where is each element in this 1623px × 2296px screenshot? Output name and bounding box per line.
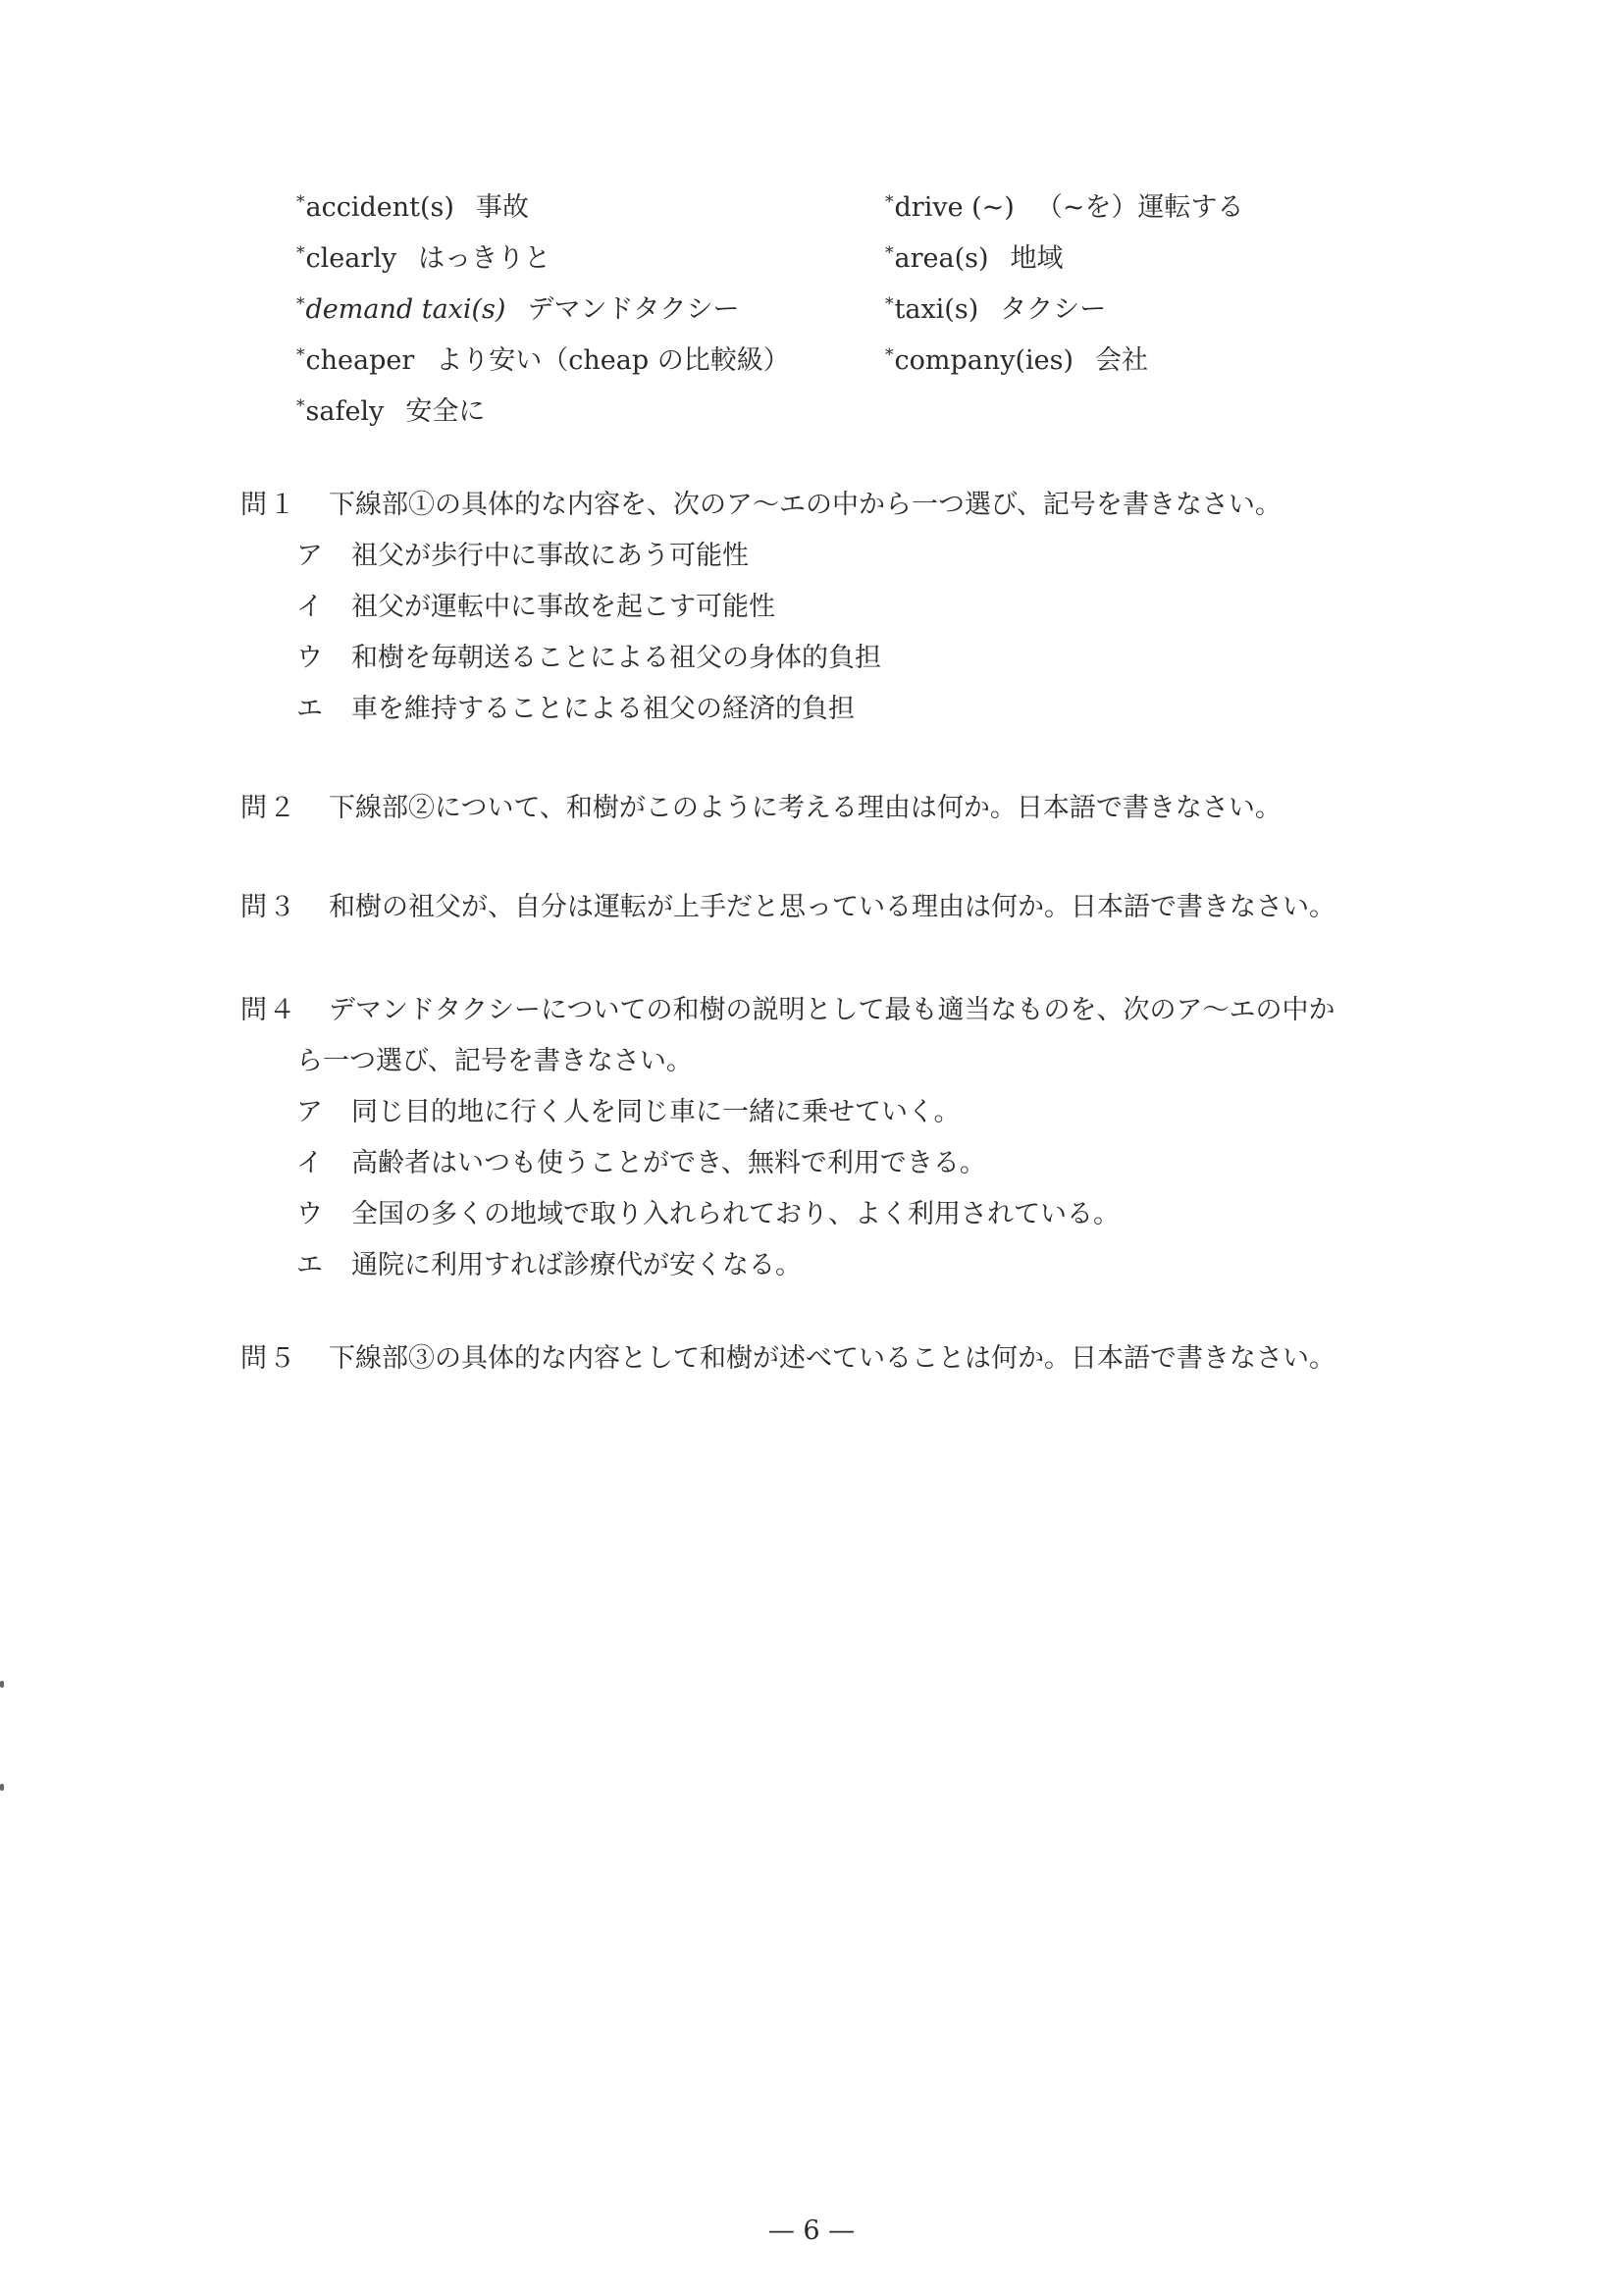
question-text-continuation: ら一つ選び、記号を書きなさい。 (240, 1036, 1467, 1087)
vocabulary-glossary: *accident(s)事故 *drive (~)（~を）運転する *clear… (296, 177, 1376, 432)
choice-label: エ (296, 1240, 351, 1291)
choice-label: ウ (296, 633, 351, 684)
asterisk-mark: * (296, 396, 305, 416)
choice-label: ウ (296, 1189, 351, 1240)
glossary-item: *company(ies)会社 (885, 330, 1376, 381)
asterisk-mark: * (296, 192, 305, 212)
question-number: 問４ (240, 985, 329, 1036)
choice-text: 祖父が歩行中に事故にあう可能性 (351, 531, 749, 582)
choice-text: 和樹を毎朝送ることによる祖父の身体的負担 (351, 633, 881, 684)
choice-text: 全国の多くの地域で取り入れられており、よく利用されている。 (351, 1189, 1120, 1240)
glossary-meaning: 地域 (1011, 243, 1064, 274)
glossary-meaning: 安全に (405, 396, 485, 427)
question-number: 問２ (240, 783, 329, 834)
binding-hole-mark (0, 1681, 4, 1688)
choice-u: ウ 全国の多くの地域で取り入れられており、よく利用されている。 (240, 1189, 1467, 1240)
glossary-term: accident(s) (306, 192, 454, 223)
glossary-meaning: 会社 (1095, 345, 1148, 376)
asterisk-mark: * (885, 345, 894, 365)
glossary-item: *drive (~)（~を）運転する (885, 177, 1376, 228)
asterisk-mark: * (885, 192, 894, 212)
glossary-term: drive (~) (895, 192, 1015, 223)
choice-u: ウ 和樹を毎朝送ることによる祖父の身体的負担 (240, 633, 1467, 684)
asterisk-mark: * (296, 345, 305, 365)
asterisk-mark: * (885, 243, 894, 263)
glossary-item: *accident(s)事故 (296, 177, 885, 228)
glossary-term: cheaper (306, 345, 415, 376)
question-text: デマンドタクシーについての和樹の説明として最も適当なものを、次のア～エの中か (329, 985, 1335, 1036)
question-number: 問１ (240, 480, 329, 531)
glossary-term: area(s) (895, 243, 989, 274)
glossary-item: *demand taxi(s)デマンドタクシー (296, 279, 885, 330)
glossary-item: *cheaperより安い（cheap の比較級） (296, 330, 885, 381)
glossary-meaning: 事故 (476, 192, 529, 223)
glossary-term: taxi(s) (895, 294, 979, 325)
choice-a: ア 祖父が歩行中に事故にあう可能性 (240, 531, 1467, 582)
glossary-term: safely (306, 396, 385, 427)
glossary-item: *taxi(s)タクシー (885, 279, 1376, 330)
glossary-meaning: より安い（cheap の比較級） (436, 345, 789, 376)
asterisk-mark: * (296, 294, 305, 314)
question-2: 問２ 下線部②について、和樹がこのように考える理由は何か。日本語で書きなさい。 (240, 783, 1467, 834)
page-number: — 6 — (0, 2216, 1623, 2246)
exam-page: *accident(s)事故 *drive (~)（~を）運転する *clear… (0, 0, 1623, 2296)
choice-text: 同じ目的地に行く人を同じ車に一緒に乗せていく。 (351, 1087, 960, 1138)
question-1: 問１ 下線部①の具体的な内容を、次のア～エの中から一つ選び、記号を書きなさい。 … (240, 480, 1467, 735)
glossary-term: company(ies) (895, 345, 1074, 376)
question-text: 和樹の祖父が、自分は運転が上手だと思っている理由は何か。日本語で書きなさい。 (329, 882, 1335, 933)
question-5: 問５ 下線部③の具体的な内容として和樹が述べていることは何か。日本語で書きなさい… (240, 1333, 1467, 1384)
choice-i: イ 高齢者はいつも使うことができ、無料で利用できる。 (240, 1138, 1467, 1189)
choice-label: ア (296, 531, 351, 582)
choice-text: 高齢者はいつも使うことができ、無料で利用できる。 (351, 1138, 986, 1189)
question-number: 問５ (240, 1333, 329, 1384)
question-4: 問４ デマンドタクシーについての和樹の説明として最も適当なものを、次のア～エの中… (240, 985, 1467, 1291)
question-text: 下線部①の具体的な内容を、次のア～エの中から一つ選び、記号を書きなさい。 (329, 480, 1282, 531)
choice-text: 祖父が運転中に事故を起こす可能性 (351, 582, 775, 633)
choice-label: ア (296, 1087, 351, 1138)
asterisk-mark: * (885, 294, 894, 314)
glossary-meaning: デマンドタクシー (527, 294, 739, 325)
glossary-item: *clearlyはっきりと (296, 228, 885, 279)
question-text: 下線部③の具体的な内容として和樹が述べていることは何か。日本語で書きなさい。 (329, 1333, 1335, 1384)
glossary-item: *area(s)地域 (885, 228, 1376, 279)
question-text: 下線部②について、和樹がこのように考える理由は何か。日本語で書きなさい。 (329, 783, 1282, 834)
choice-a: ア 同じ目的地に行く人を同じ車に一緒に乗せていく。 (240, 1087, 1467, 1138)
glossary-meaning: はっきりと (418, 243, 550, 274)
choice-text: 通院に利用すれば診療代が安くなる。 (351, 1240, 802, 1291)
glossary-meaning: （~を）運転する (1036, 192, 1244, 223)
question-number: 問３ (240, 882, 329, 933)
glossary-term: clearly (306, 243, 397, 274)
glossary-item: *safely安全に (296, 381, 885, 432)
choice-label: イ (296, 1138, 351, 1189)
choice-label: エ (296, 684, 351, 735)
glossary-meaning: タクシー (1000, 294, 1106, 325)
asterisk-mark: * (296, 243, 305, 263)
choice-label: イ (296, 582, 351, 633)
glossary-term: demand taxi(s) (306, 294, 506, 325)
choice-text: 車を維持することによる祖父の経済的負担 (351, 684, 855, 735)
question-3: 問３ 和樹の祖父が、自分は運転が上手だと思っている理由は何か。日本語で書きなさい… (240, 882, 1467, 933)
choice-e: エ 通院に利用すれば診療代が安くなる。 (240, 1240, 1467, 1291)
choice-e: エ 車を維持することによる祖父の経済的負担 (240, 684, 1467, 735)
binding-hole-mark (0, 1784, 4, 1791)
choice-i: イ 祖父が運転中に事故を起こす可能性 (240, 582, 1467, 633)
